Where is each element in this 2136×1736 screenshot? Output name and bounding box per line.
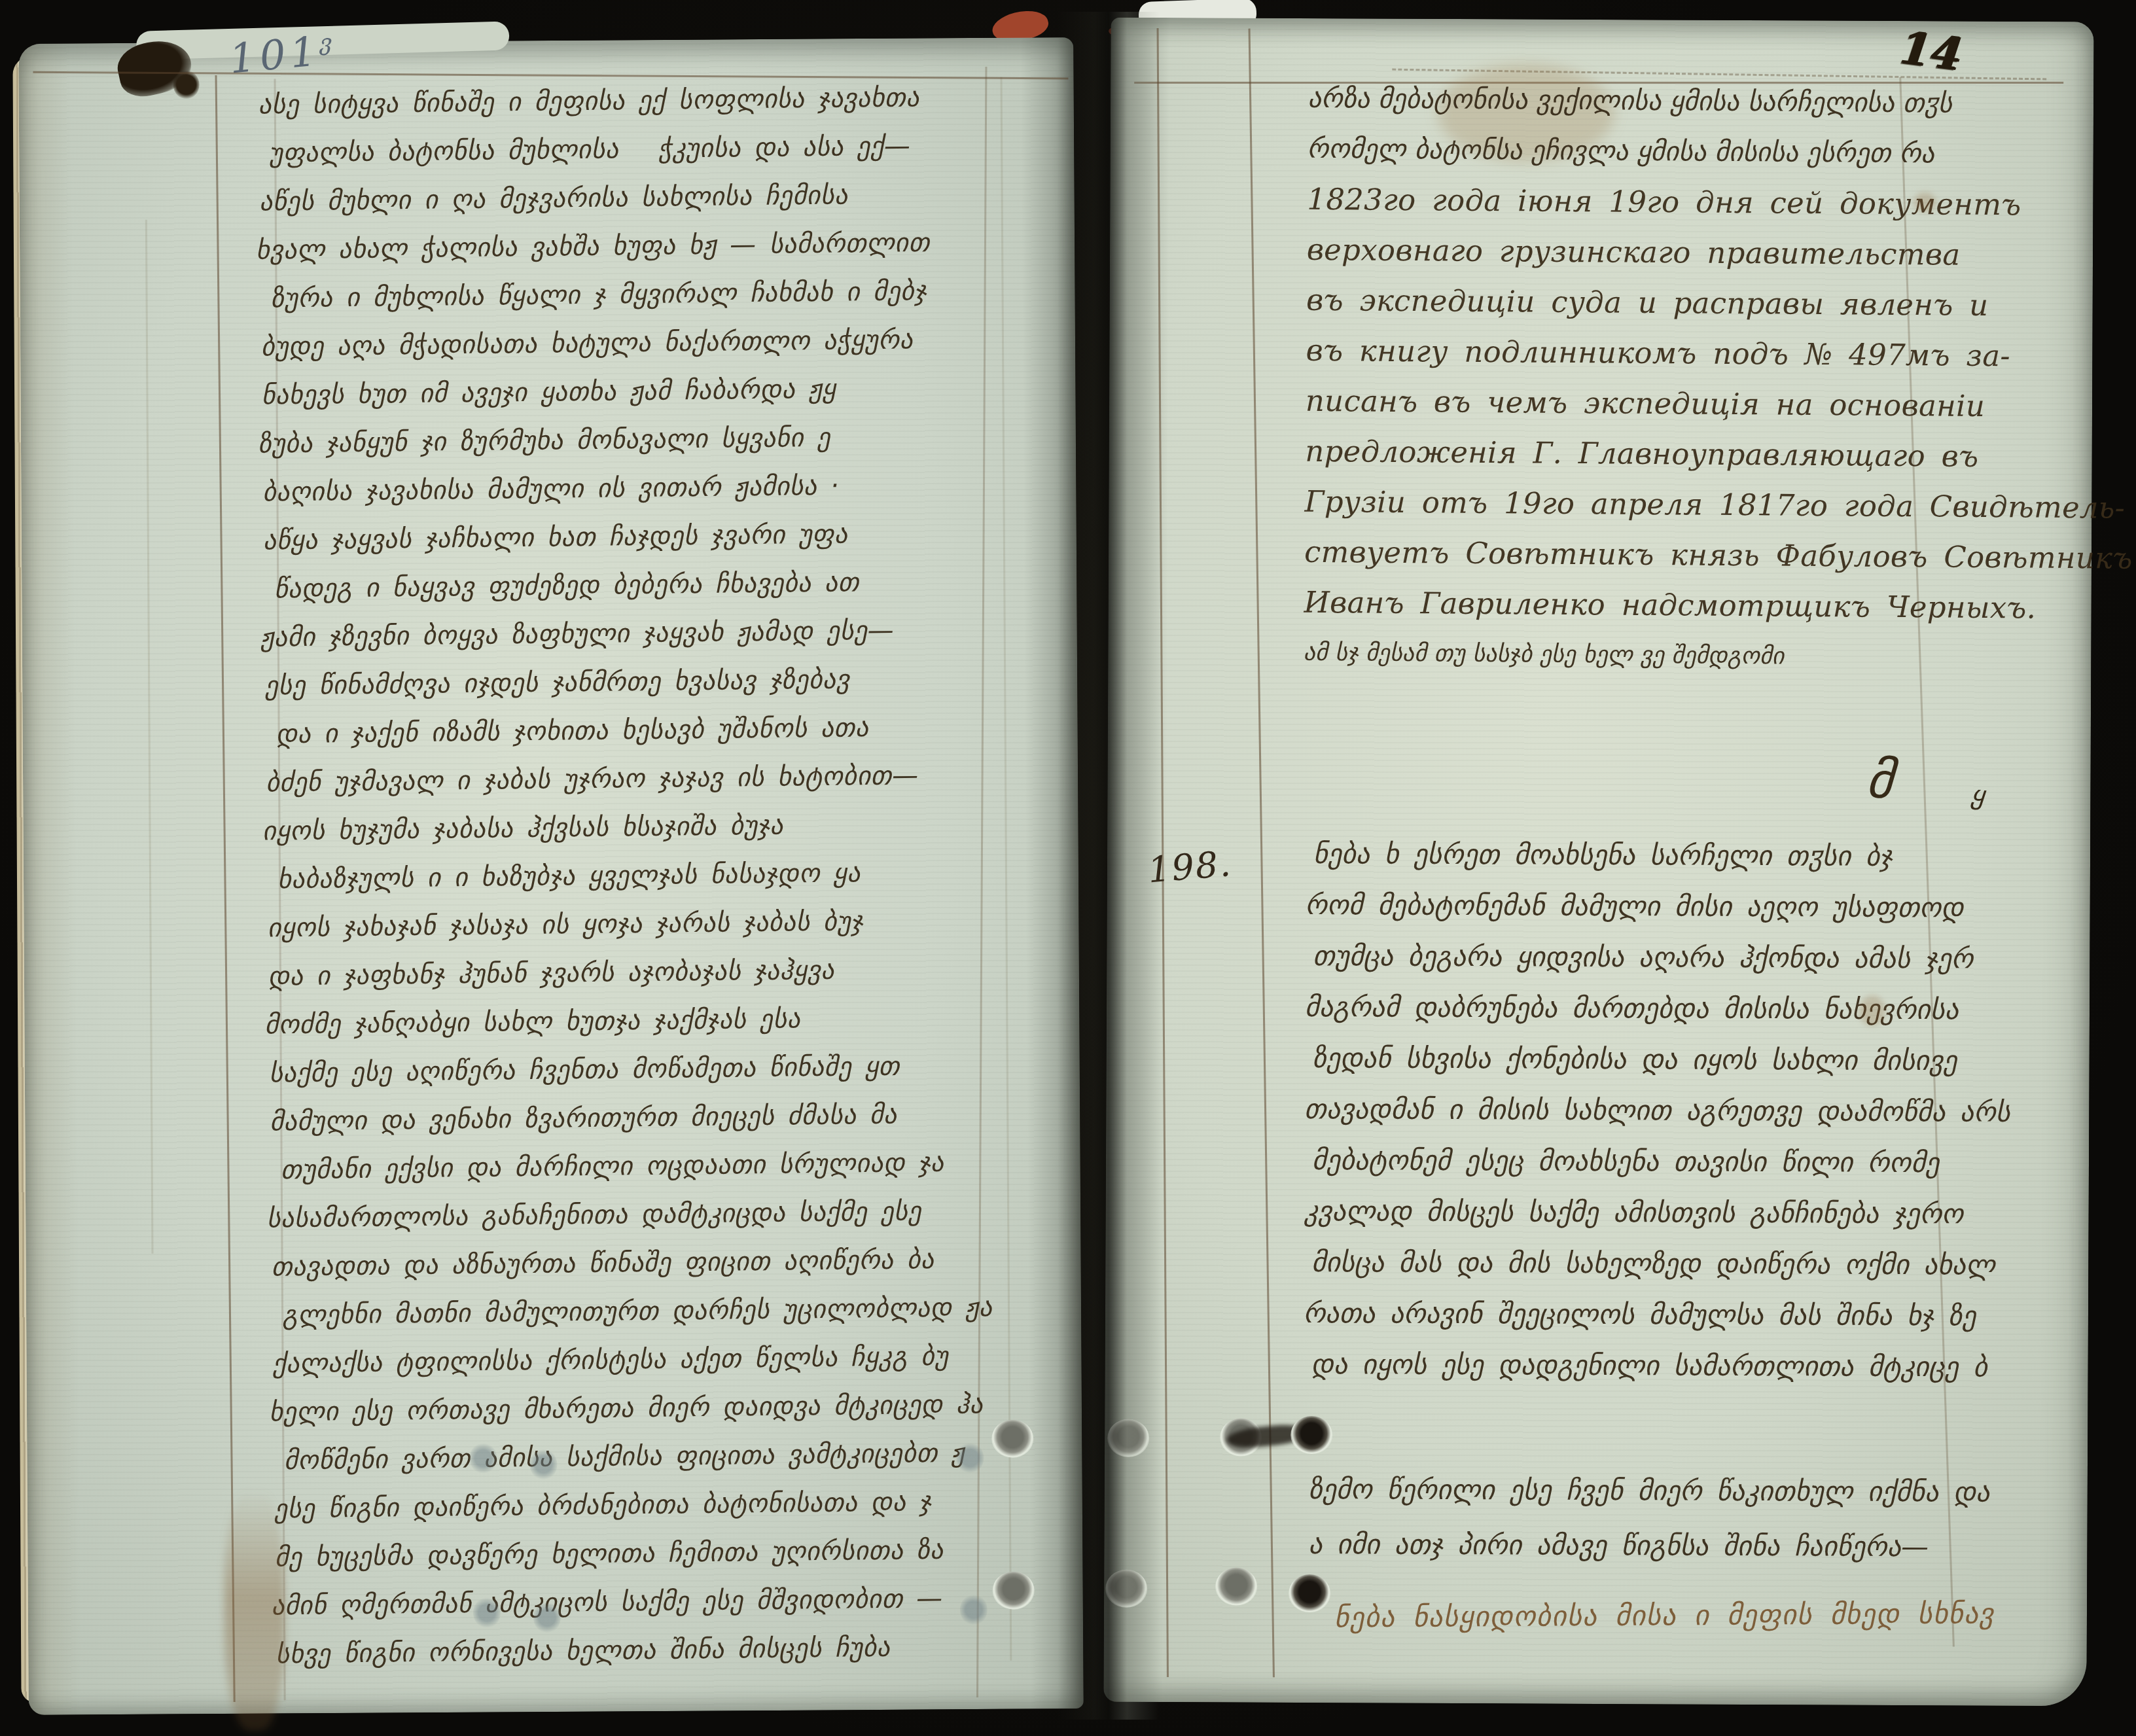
text-line: Грузіи отъ 19го апреля 1817го года Свидѣ… — [1304, 476, 2133, 533]
text-line: ასე სიტყვა წინაშე ი მეფისა ექ სოფლისა ჯა… — [258, 73, 979, 129]
text-line: სასამართლოსა განაჩენითა დამტკიცდა საქმე … — [266, 1186, 991, 1243]
text-line: въ экспедиціи суда и расправы явленъ и — [1306, 275, 2135, 332]
text-line: ხელი ესე ორთავე მხარეთა მიერ დაიდვა მტკი… — [269, 1380, 994, 1437]
left-page-text: ასე სიტყვა წინაშე ი მეფისა ექ სოფლისა ჯა… — [258, 73, 997, 1678]
text-line: საქმე ესე აღიწერა ჩვენთა მოწამეთა წინაშე… — [269, 1041, 990, 1097]
stain — [1859, 996, 1885, 1026]
text-line: მაგრამ დაბრუნება მართებდა მისისა ნახევრი… — [1305, 982, 2011, 1036]
text-line: ამ სჯ მესამ თუ სასჯბ ესე ხელ ვე შემდგომი — [1304, 628, 2132, 684]
binding-hole — [993, 1572, 1035, 1610]
text-line: გლეხნი მათნი მამულითურთ დარჩეს უცილობლად… — [282, 1283, 993, 1339]
stain — [1913, 192, 1936, 212]
binding-hole — [1290, 1416, 1332, 1454]
margin-rule-main — [215, 75, 236, 1702]
text-line: ნახევს ხუთ იმ ავეჯი ყათხა ჟამ ჩაბარდა ჟყ — [261, 363, 982, 419]
text-line: ესე წინამძღვა იჯდეს ჯანმრთე ხვასავ ჯზება… — [264, 654, 986, 710]
hole-ghost — [960, 1594, 988, 1625]
hole-ghost — [533, 1602, 561, 1633]
text-line: ზუბა ჯანყუნ ჯი ზურმუხა მონავალი სყვანი ე — [258, 412, 983, 469]
folio-number-suffix: ვ — [318, 29, 333, 57]
faded-final-line: ნება ნასყიდობისა მისა ი მეფის მხედ სხნავ — [1334, 1597, 1995, 1634]
text-line: ბძენ უჯმავალ ი ჯაბას უჯრაო ჯაჯავ ის ხატო… — [266, 751, 987, 807]
text-line: писанъ въ чемъ экспедиція на основаніи — [1306, 376, 2134, 433]
text-line: ხაბაზჯულს ი ი ხაზუბჯა ყველჯას ნასაჯდო ყა — [277, 847, 988, 904]
certification-block: არზა მებატონისა ვექილისა ყმისა სარჩელისა… — [1304, 73, 2136, 684]
binding-hole — [1289, 1574, 1330, 1612]
text-line: მამული და ვენახი ზვარითურთ მიეცეს ძმასა … — [270, 1089, 991, 1146]
ink-blot-satellite — [173, 70, 199, 99]
left-page: 101ვ ასე სიტყვა წინაშე ი მეფისა ექ სოფლი… — [18, 37, 1084, 1715]
right-page: 14 არზა მებატონისა ვექილისა ყმისა სარჩელ… — [1103, 18, 2093, 1707]
georgian-intro-lines: არზა მებატონისა ვექილისა ყმისა სარჩელისა… — [1308, 73, 2136, 181]
text-line: იყოს ჯახაჯან ჯასაჯა ის ყოჯა ჯარას ჯაბას … — [267, 896, 988, 952]
hole-ghost — [956, 1442, 984, 1474]
text-line: კვალად მისცეს საქმე ამისთვის განჩინება ჯ… — [1304, 1186, 2010, 1240]
text-line: აწყა ჯაყვას ჯაჩხალი ხათ ჩაჯდეს ჯვარი უფა — [263, 508, 984, 565]
margin-mark: მ — [1864, 750, 1895, 811]
entry-text: ნება ხ ესრეთ მოახსენა სარჩელი თჳსი ბჯრომ… — [1303, 828, 2011, 1393]
text-line: верховнаго грузинскаго правительства — [1306, 224, 2135, 281]
text-line: ზურა ი მუხლისა წყალი ჯ მყვირალ ჩახმახ ი … — [271, 266, 982, 323]
text-line: და იყოს ესე დადგენილი სამართლითა მტკიცე … — [1311, 1339, 2009, 1393]
closing-paragraph: ზემო წერილი ესე ჩვენ მიერ წაკითხულ იქმნა… — [1308, 1462, 1990, 1575]
text-line: ствуетъ Совѣтникъ князь Фабуловъ Совѣтни… — [1304, 527, 2133, 584]
text-line: 1823го года іюня 19го дня сей документъ — [1307, 174, 2135, 231]
text-line: მე ხუცესმა დავწერე ხელითა ჩემითა უღირსით… — [274, 1525, 995, 1582]
text-line: აწეს მუხლი ი ღა მეჯვარისა სახლისა ჩემისა — [259, 169, 980, 226]
margin-rule-outer — [145, 220, 154, 1254]
text-line: ნება ხ ესრეთ მოახსენა სარჩელი თჳსი ბჯ — [1313, 828, 2012, 883]
text-line: ზედან სხვისა ქონებისა და იყოს სახლი მისი… — [1313, 1033, 2011, 1087]
text-line: въ книгу подлинникомъ подъ № 497мъ за- — [1306, 325, 2134, 382]
manuscript-scan: 101ვ ასე სიტყვა წინაშე ი მეფისა ექ სოფლი… — [0, 0, 2136, 1736]
text-line: ბაღისა ჯავახისა მამული ის ვითარ ჟამისა · — [262, 460, 984, 516]
text-line: предложенія Г. Главноуправляющаго въ — [1305, 426, 2133, 483]
text-line: და ი ჯაფხანჯ ჰუნან ჯვარს აჯობაჯას ჯაჰყვა — [268, 944, 989, 1001]
text-line: ქალაქსა ტფილისსა ქრისტესა აქეთ წელსა ჩყკ… — [272, 1332, 993, 1388]
georgian-closing-line: ამ სჯ მესამ თუ სასჯბ ესე ხელ ვე შემდგომი — [1304, 628, 2132, 684]
folio-number-ink: 14 — [1897, 22, 1965, 81]
hole-ghost — [469, 1443, 497, 1474]
text-line: რომელ ბატონსა ეჩივლა ყმისა მისისა ესრეთ … — [1308, 124, 2136, 181]
binding-hole — [991, 1420, 1033, 1458]
text-line: თუმანი ექვსი და მარჩილი ოცდაათი სრულიად … — [281, 1138, 991, 1194]
hole-ghost — [473, 1597, 501, 1628]
text-line: Иванъ Гавриленко надсмотрщикъ Черныхъ. — [1304, 577, 2132, 634]
text-line: ამინ ღმერთმან ამტკიცოს საქმე ესე მშვიდობ… — [271, 1574, 996, 1631]
text-line: არზა მებატონისა ვექილისა ყმისა სარჩელისა… — [1308, 73, 2136, 130]
hole-ghost — [529, 1449, 557, 1480]
text-line: ხვალ ახალ ჭალისა ვახშა ხუფა ხჟ — სამართლ… — [256, 218, 981, 275]
binding-hole — [1215, 1567, 1257, 1605]
text-line: რომ მებატონემან მამული მისი აეღო უსაფთოდ — [1306, 879, 2012, 934]
text-line: სხვე წიგნი ორნივესა ხელთა შინა მისცეს ჩუ… — [276, 1622, 997, 1678]
text-line: ბუდე აღა მჭადისათა ხატულა ნაქართლო აჭყურ… — [260, 315, 982, 371]
text-line: მოძმე ჯანღაბყი სახლ ხუთჯა ჯაქმჯას ესა — [264, 993, 989, 1050]
text-line: მოწმენი ვართ ამისა საქმისა ფიცითა ვამტკი… — [284, 1428, 995, 1485]
text-line: ა იმი ათჯ პირი ამავე წიგნსა შინა ჩაიწერა… — [1308, 1517, 1989, 1575]
text-line: ესე წიგნი დაიწერა ბრძანებითა ბატონისათა … — [274, 1477, 995, 1533]
text-line: იყოს ხუჯუმა ჯაბასა ჰქვსას ხსაჯიშა ბუჯა — [262, 799, 988, 856]
text-line: თავადთა და აზნაურთა წინაშე ფიცით აღიწერა… — [271, 1235, 992, 1291]
text-line: რათა არავინ შეეცილოს მამულსა მას შინა ხჯ… — [1304, 1288, 2010, 1342]
text-line: მებატონემ ესეც მოახსენა თავისი წილი რომე — [1312, 1135, 2010, 1189]
text-line: თუმცა ბეგარა ყიდვისა აღარა ჰქონდა ამას ჯ… — [1313, 930, 2011, 985]
text-line: მისცა მას და მის სახელზედ დაიწერა ოქმი ა… — [1311, 1237, 2010, 1291]
text-line: ზემო წერილი ესე ჩვენ მიერ წაკითხულ იქმნა… — [1309, 1462, 1990, 1520]
text-line: თავადმან ი მისის სახლით აგრეთვე დაამოწმა… — [1304, 1084, 2010, 1138]
russian-certification-lines: 1823го года іюня 19го дня сей документъв… — [1304, 174, 2135, 634]
text-line: ჟამი ჯზევნი ბოყვა ზაფხული ჯაყვახ ჟამად ე… — [260, 605, 985, 662]
gutter-shadow — [1058, 12, 1160, 1720]
margin-mark-small: ყ — [1970, 780, 1987, 811]
text-line: წადეგ ი ნაყვავ ფუძეზედ ბებერა ჩხავება ათ — [274, 557, 985, 613]
text-line: უფალსა ბატონსა მუხლისა ჭკუისა და ასა ექ— — [269, 121, 980, 177]
text-line: და ი ჯაქენ იზამს ჯოხითა ხესავბ უშანოს ათ… — [276, 702, 986, 758]
stain — [224, 1489, 285, 1731]
